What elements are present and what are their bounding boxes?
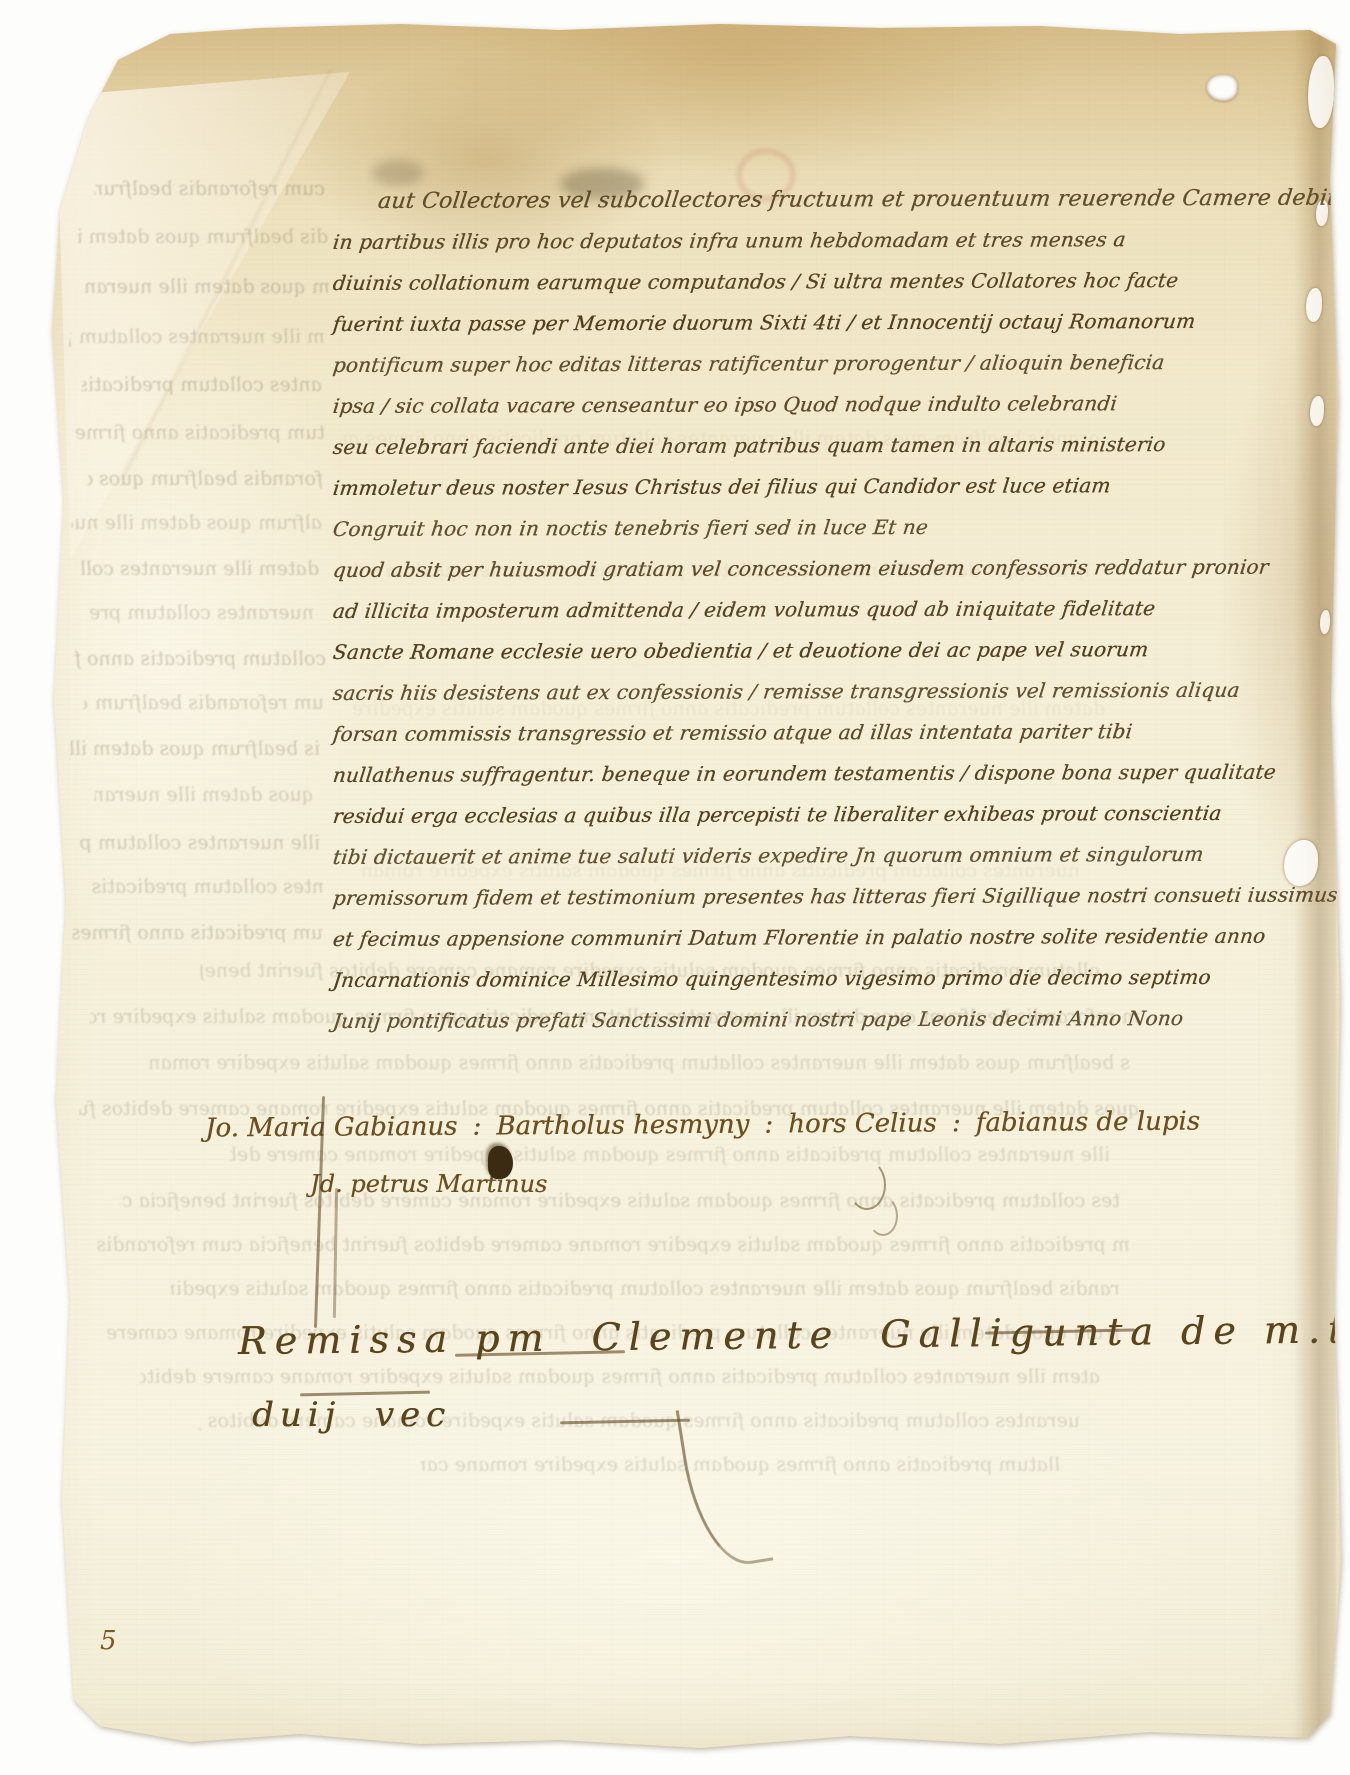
signature-name: Bartholus hesmyny [496, 1112, 749, 1140]
bleedthrough-line: collatum predicatis anno fir [73, 650, 327, 669]
paper-shadow-wrap: cum reforandis bealfrum qudis bealfrum q… [0, 0, 1350, 1775]
bleedthrough-line: randis bealfrum quos datem ille nuerante… [169, 1280, 1121, 1299]
manuscript-line: in partibus illis pro hoc deputatos infr… [332, 229, 1127, 252]
manuscript-line: quod absit per huiusmodi gratiam vel con… [332, 557, 1270, 580]
bleedthrough-line: datem ille nuerantes colla [79, 560, 326, 579]
signature-name: fabianus de lupis [976, 1109, 1201, 1137]
bleedthrough-line: m quos datem ille nuerantes [84, 278, 331, 297]
manuscript-line: Jncarnationis dominice Millesimo quingen… [332, 967, 1212, 990]
manuscript-line: premissorum fidem et testimonium present… [332, 884, 1339, 908]
edge-tear [1308, 56, 1334, 128]
bleedthrough-line: m predicatis anno firmes quodam salutis … [89, 1236, 1131, 1255]
manuscript-line: tibi dictauerit et anime tue saluti vide… [332, 844, 1205, 867]
manuscript-line: residui erga ecclesias a quibus illa per… [332, 803, 1223, 826]
ink-blot [488, 1146, 513, 1179]
fold-crease-line [0, 0, 332, 480]
corner-fold [54, 50, 354, 570]
manuscript-line: pontificum super hoc editas litteras rat… [332, 352, 1166, 375]
edge-tear [1284, 840, 1318, 886]
manuscript-line: Congruit hoc non in noctis tenebris fier… [332, 517, 929, 539]
bleedthrough-line: quos datem ille nuerante [94, 786, 321, 805]
bleedthrough-line: tes collatum predicatis anno firmes quod… [119, 1192, 1121, 1211]
edge-tear [1320, 610, 1330, 634]
signature-row: Jo. Maria Gabianus : Bartholus hesmyny :… [205, 1109, 1200, 1142]
manuscript-page: cum reforandis bealfrum qudis bealfrum q… [0, 0, 1350, 1775]
manuscript-line: et fecimus appensione communiri Datum Fl… [332, 926, 1267, 949]
pen-dash [560, 1419, 690, 1425]
top-stain-band [0, 0, 1350, 215]
manuscript-line: immoletur deus noster Iesus Christus dei… [332, 475, 1112, 498]
bleedthrough-line: um reforandis bealfrum quos [83, 694, 325, 713]
bleedthrough-line: ille nuerantes collatum pre [77, 834, 327, 853]
manuscript-line: diuinis collationum earumque computandos… [332, 270, 1180, 293]
bleedthrough-line: is bealfrum quos datem ille [69, 740, 321, 759]
manuscript-line: Junij pontificatus prefati Sanctissimi d… [332, 1008, 1185, 1031]
bleedthrough-line: alfrum quos datem ille nuera [71, 514, 323, 533]
bleedthrough-line: dis bealfrum quos datem ille [77, 228, 329, 247]
signature-separator: : [948, 1110, 965, 1136]
bleedthrough-line: antes collatum predicatis a [81, 376, 323, 395]
bleedthrough-line: cum reforandis bealfrum qu [94, 180, 326, 199]
manuscript-line: sacris hiis desistens aut ex confessioni… [332, 680, 1241, 703]
manuscript-line: fuerint iuxta passe per Memorie duorum S… [332, 311, 1197, 334]
manuscript-line: aut Collectores vel subcollectores fruct… [377, 188, 1350, 213]
manuscript-line: nullathenus suffragentur. beneque in eor… [332, 762, 1277, 785]
bleedthrough-line: m ille nuerantes collatum pr [69, 328, 326, 347]
bleedthrough-line: ille nuerantes collatum predicatis anno … [229, 1146, 1111, 1165]
secretary-note: Jd. petrus Martinus [310, 1172, 547, 1196]
manuscript-line: ad illicita imposterum admittenda / eide… [332, 598, 1157, 621]
bleedthrough-line: um predicatis anno firmes qu [72, 924, 324, 943]
bleedthrough-line: nuerantes collatum predic [89, 604, 321, 623]
manuscript-scan: cum reforandis bealfrum qudis bealfrum q… [0, 0, 1350, 1775]
signature-name: Jo. Maria Gabianus [205, 1114, 458, 1142]
bleedthrough-line: ntes collatum predicatis a [85, 878, 325, 897]
signature-name: hors Celius [788, 1110, 937, 1137]
signature-flourish [868, 1196, 898, 1236]
manuscript-line: seu celebrari faciendi ante diei horam p… [332, 434, 1167, 457]
worm-hole [1206, 74, 1238, 101]
margin-mark: 5 [100, 1628, 117, 1654]
signature-separator: : [760, 1111, 777, 1137]
manuscript-line: Sancte Romane ecclesie uero obedientia /… [332, 639, 1150, 662]
docket-flourish [676, 1399, 774, 1571]
bleedthrough-line: s bealfrum quos datem ille nuerantes col… [149, 1054, 1131, 1073]
ink-smudge [372, 160, 424, 186]
manuscript-line: forsan commissis transgressio et remissi… [332, 721, 1134, 744]
signature-separator: : [468, 1114, 485, 1140]
pen-descender [333, 1188, 338, 1318]
manuscript-line: ipsa / sic collata vacare censeantur eo … [332, 393, 1118, 416]
edge-tear [1310, 396, 1324, 426]
edge-tear [1306, 288, 1322, 322]
bleedthrough-line: forandis bealfrum quos dat [87, 470, 324, 489]
bleedthrough-line: atem ille nuerantes collatum predicatis … [139, 1368, 1101, 1387]
docket-line-1: Remissa pm Clemente Galligunta de m.to [238, 1310, 1350, 1360]
docket-line-2: duij vec [252, 1398, 451, 1432]
bleedthrough-line: tum predicatis anno firmes q [74, 424, 326, 443]
